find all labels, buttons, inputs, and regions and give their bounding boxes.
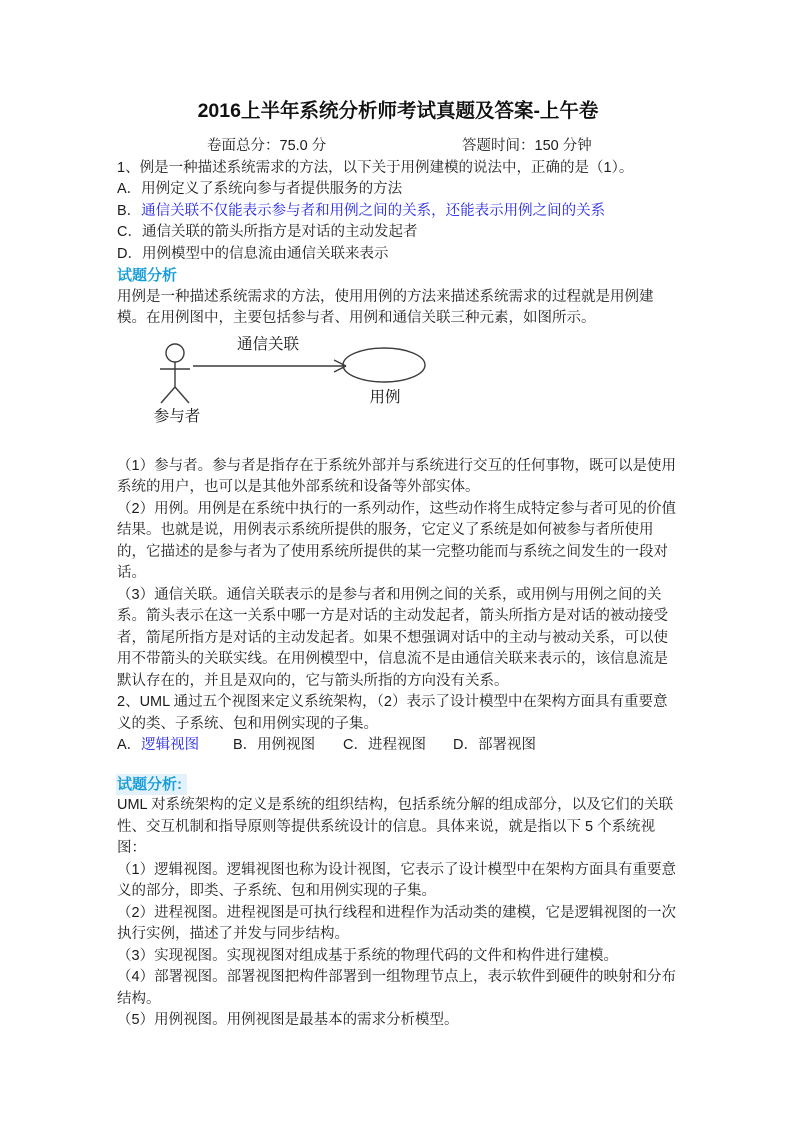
q1-analysis-point-1: （1）参与者。参与者是指存在于系统外部并与系统进行交互的任何事物，既可以是使用系… — [117, 456, 679, 499]
q2-analysis-heading: 试题分析: — [117, 774, 679, 796]
option-text: 部署视图 — [478, 737, 536, 753]
exam-meta: 卷面总分：75.0 分 答题时间：150 分钟 — [117, 136, 679, 158]
q2-stem: 2、UML 通过五个视图来定义系统架构，（2）表示了设计模型中在架构方面具有重要… — [117, 692, 679, 735]
document-page: 2016上半年系统分析师考试真题及答案-上午卷 卷面总分：75.0 分 答题时间… — [0, 0, 794, 1032]
option-text: 进程视图 — [368, 737, 426, 753]
q1-analysis-point-2: （2）用例。用例是在系统中执行的一系列动作，这些动作将生成特定参与者可见的价值结… — [117, 499, 679, 585]
q1-option-a: A．用例定义了系统向参与者提供服务的方法 — [117, 179, 679, 201]
option-letter: C． — [117, 224, 142, 240]
q2-options-row: A．逻辑视图 B．用例视图 C．进程视图 D．部署视图 — [117, 735, 679, 757]
association-arrow — [193, 360, 346, 372]
q1-option-b: B．通信关联不仅能表示参与者和用例之间的关系，还能表示用例之间的关系 — [117, 201, 679, 223]
analysis-heading-text: 试题分析: — [116, 774, 187, 796]
option-letter: A． — [117, 181, 141, 197]
q1-stem: 1、例是一种描述系统需求的方法，以下关于用例建模的说法中，正确的是（1）。 — [117, 158, 679, 180]
q2-analysis-point-2: （2）进程视图。进程视图是可执行线程和进程作为活动类的建模，它是逻辑视图的一次执… — [117, 903, 679, 946]
total-score: 卷面总分：75.0 分 — [207, 136, 326, 158]
q2-option-d: D．部署视图 — [453, 735, 536, 757]
answer-text: 通信关联不仅能表示参与者和用例之间的关系，还能表示用例之间的关系 — [141, 203, 605, 219]
page-title: 2016上半年系统分析师考试真题及答案-上午卷 — [117, 98, 679, 124]
q2-option-b: B．用例视图 — [233, 735, 315, 757]
arrow-label: 通信关联 — [237, 335, 300, 353]
option-text: 通信关联的箭头所指方是对话的主动发起者 — [142, 224, 418, 240]
q2-analysis-intro: UML 对系统架构的定义是系统的组织结构，包括系统分解的组成部分，以及它们的关联… — [117, 795, 679, 860]
usecase-diagram: 通信关联 用例 参与者 — [117, 332, 679, 428]
q1-analysis-intro: 用例是一种描述系统需求的方法，使用用例的方法来描述系统需求的过程就是用例建模。在… — [117, 287, 679, 330]
option-text: 用例定义了系统向参与者提供服务的方法 — [141, 181, 402, 197]
analysis-heading-text: 试题分析 — [117, 267, 177, 284]
q2-analysis-point-4: （4）部署视图。部署视图把构件部署到一组物理节点上，表示软件到硬件的映射和分布结… — [117, 967, 679, 1010]
q1-option-c: C．通信关联的箭头所指方是对话的主动发起者 — [117, 222, 679, 244]
option-letter: B． — [233, 737, 257, 753]
option-text: 用例视图 — [257, 737, 315, 753]
q2-analysis-point-5: （5）用例视图。用例视图是最基本的需求分析模型。 — [117, 1010, 679, 1032]
document-content: 2016上半年系统分析师考试真题及答案-上午卷 卷面总分：75.0 分 答题时间… — [117, 98, 679, 1032]
q1-analysis-heading: 试题分析 — [117, 265, 679, 287]
exam-time: 答题时间：150 分钟 — [462, 136, 592, 158]
q1-analysis-point-3: （3）通信关联。通信关联表示的是参与者和用例之间的关系，或用例与用例之间的关系。… — [117, 585, 679, 693]
option-letter: D． — [453, 737, 478, 753]
option-text: 用例模型中的信息流由通信关联来表示 — [142, 246, 389, 262]
option-letter: D． — [117, 246, 142, 262]
q2-analysis-point-1: （1）逻辑视图。逻辑视图也称为设计视图，它表示了设计模型中在架构方面具有重要意义… — [117, 860, 679, 903]
actor-icon — [160, 344, 190, 403]
usecase-label: 用例 — [369, 388, 400, 406]
q2-option-a: A．逻辑视图 — [117, 735, 199, 757]
option-letter: C． — [343, 737, 368, 753]
usecase-diagram-svg: 通信关联 用例 参与者 — [117, 332, 677, 428]
answer-text: 逻辑视图 — [141, 737, 199, 753]
option-letter: A． — [117, 737, 141, 753]
actor-label: 参与者 — [154, 407, 201, 425]
q2-analysis-point-3: （3）实现视图。实现视图对组成基于系统的物理代码的文件和构件进行建模。 — [117, 946, 679, 968]
q2-option-c: C．进程视图 — [343, 735, 426, 757]
option-letter: B． — [117, 203, 141, 219]
q1-option-d: D．用例模型中的信息流由通信关联来表示 — [117, 244, 679, 266]
usecase-ellipse — [343, 348, 425, 382]
